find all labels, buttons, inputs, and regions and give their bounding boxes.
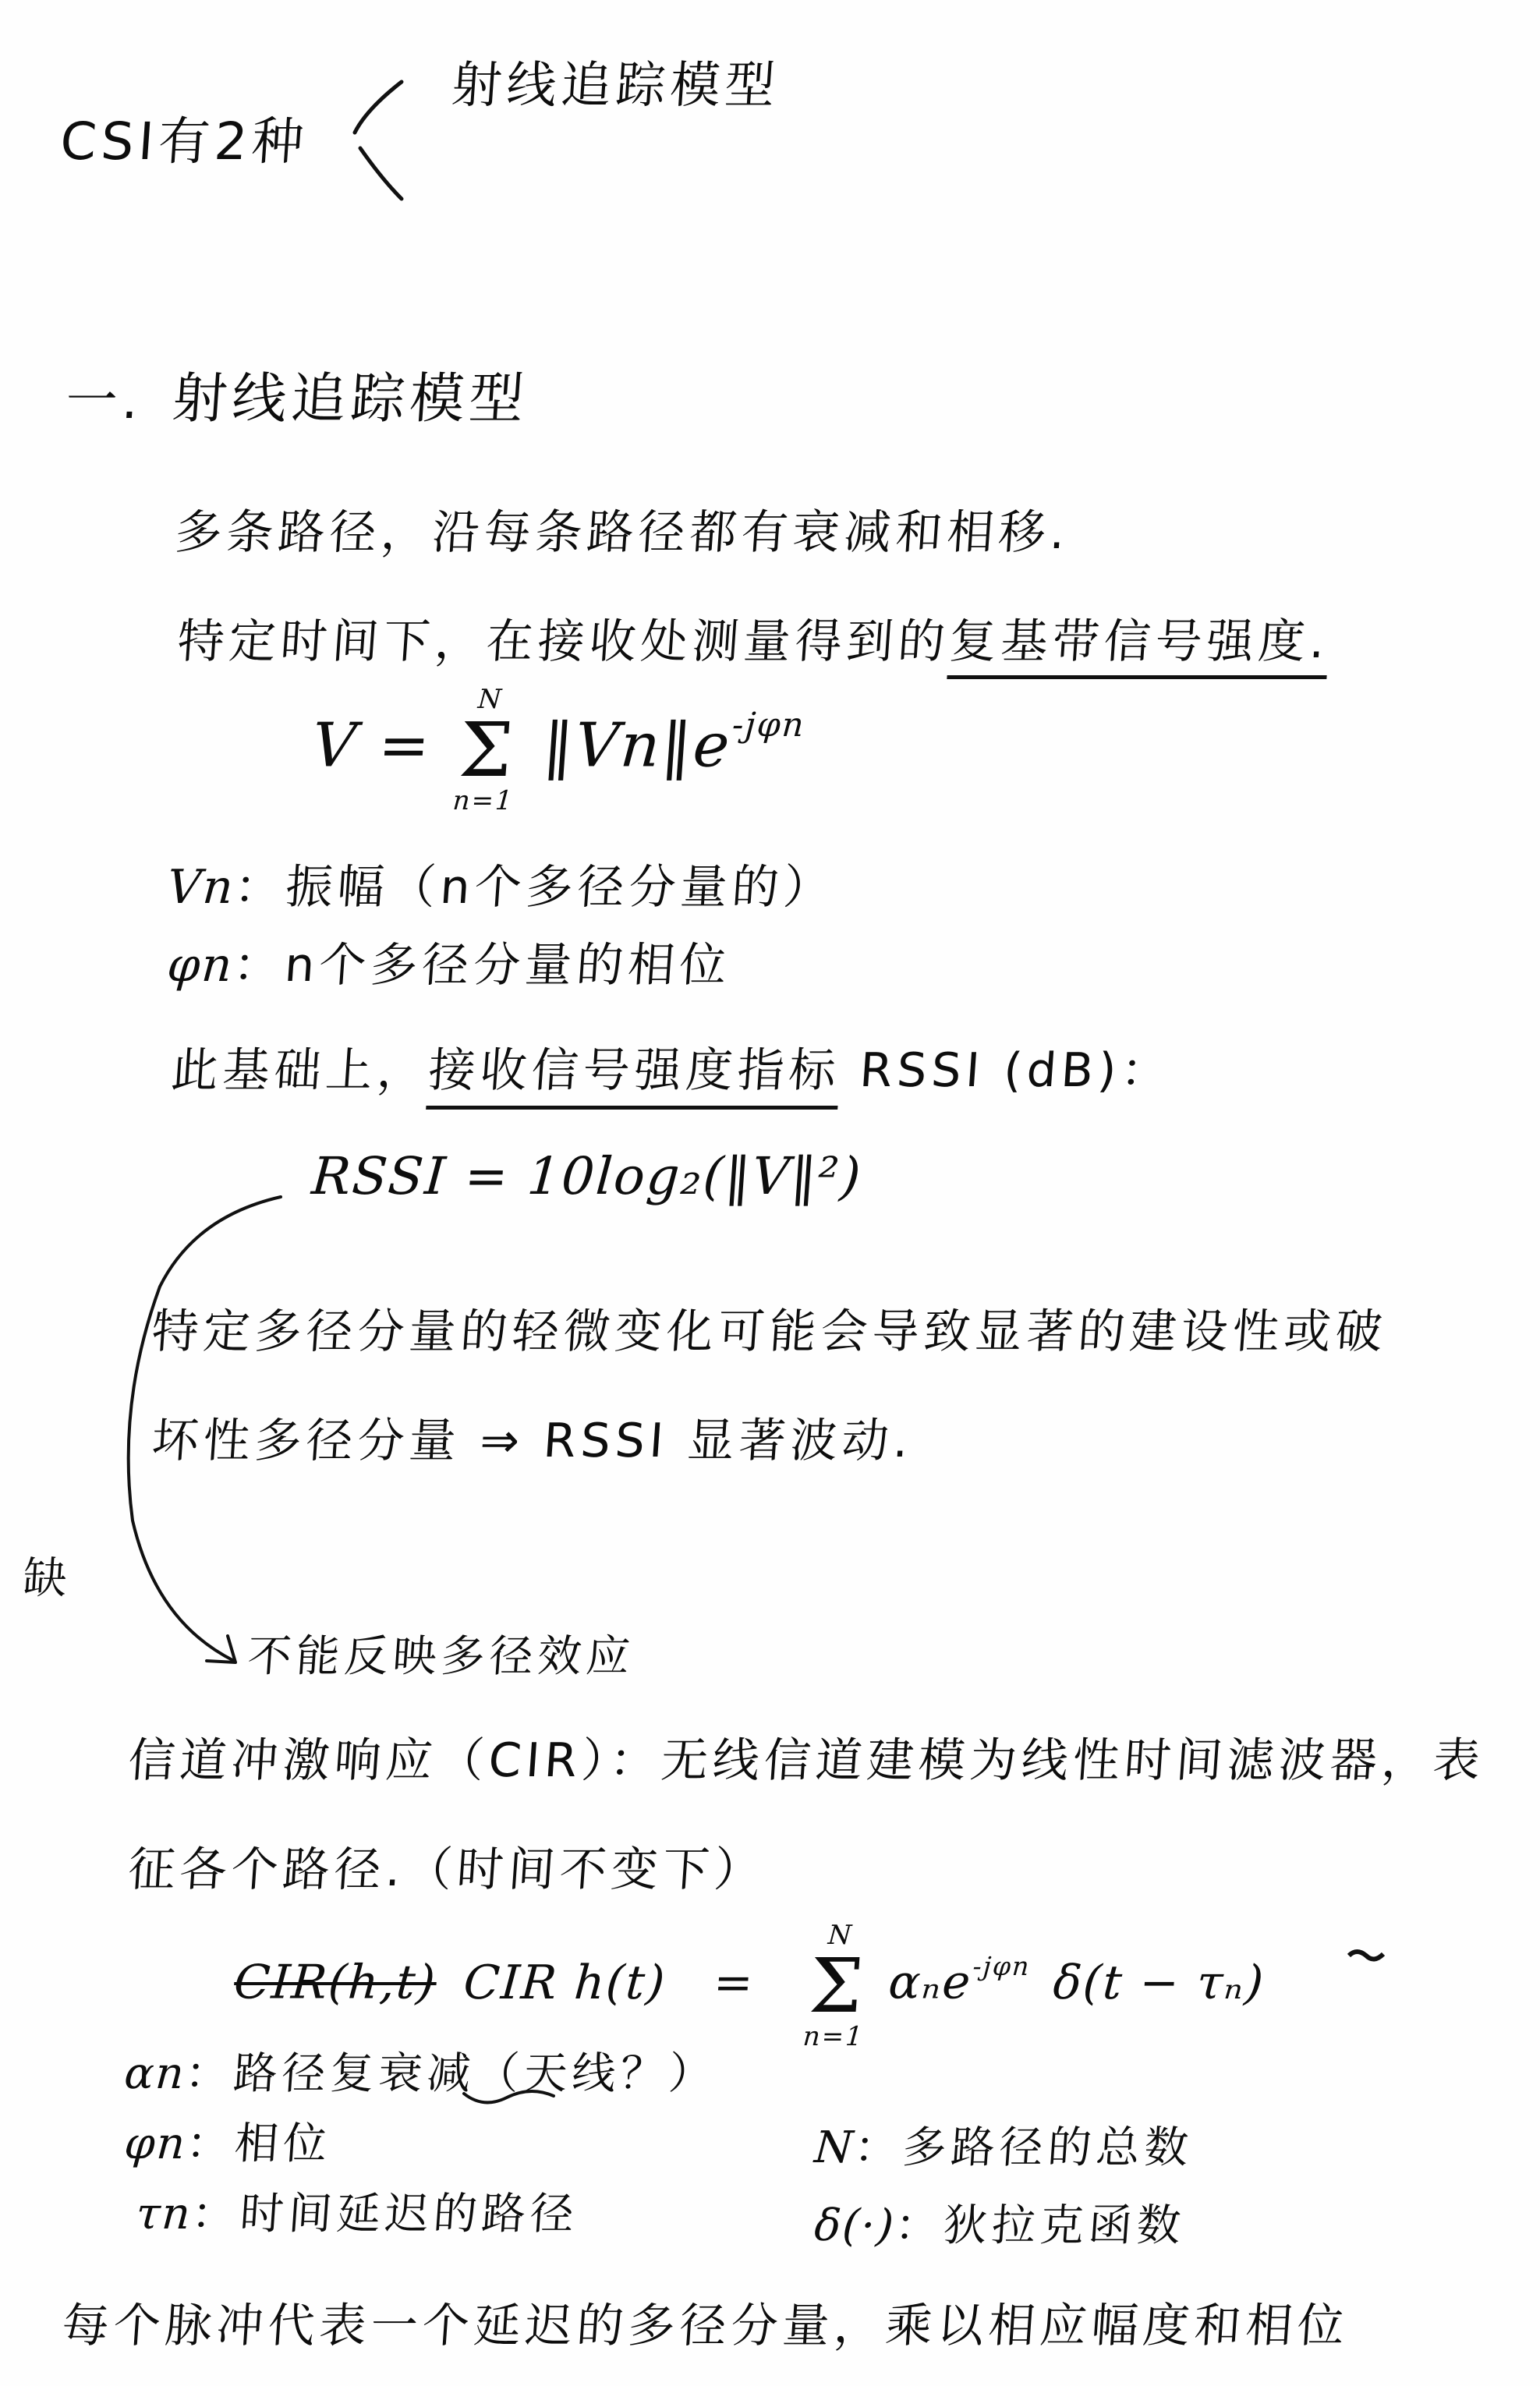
cir-summary: 每个脉冲代表一个延迟的多径分量，乘以相应幅度和相位	[60, 2289, 1351, 2356]
sum-symbol: N Σ n=1	[452, 686, 522, 814]
formula-v-term: ‖Vn‖e	[540, 711, 733, 781]
outline-branch-upper-stroke	[355, 82, 402, 133]
def-n-symbol: N	[812, 2122, 856, 2173]
def-tau-text: ：时间延迟的路径	[189, 2189, 580, 2239]
def-n-total: N：多路径的总数	[812, 2113, 1195, 2175]
formula-v-exponent: -jφn	[731, 706, 806, 745]
def-phi-symbol: φn	[122, 2119, 188, 2169]
def-delta: δ(·)：狄拉克函数	[812, 2191, 1188, 2253]
def-phi-text: ：相位	[185, 2119, 334, 2169]
formula-cir-eq: =	[712, 1956, 756, 2010]
def-phi: φn：相位	[122, 2109, 334, 2172]
formula-cir: CIR(h,t) CIR h(t) = N Σ n=1 αₙe-jφn δ(t …	[229, 1922, 1269, 2050]
text-line-measure-prefix: 特定时间下，在接收处测量得到的	[175, 614, 951, 669]
def-delta-symbol: δ(·)	[812, 2200, 897, 2251]
def-alpha-symbol: αn	[122, 2048, 186, 2099]
def-alpha: αn：路径复衰减（天线？）	[122, 2039, 719, 2101]
def-tau-symbol: τn	[134, 2189, 193, 2239]
sum-lower-limit: n=1	[452, 788, 515, 814]
section-number: 一.	[64, 359, 147, 433]
cir-line2: 征各个路径.（时间不变下）	[126, 1832, 768, 1899]
text-line-multipath: 多条路径，沿每条路径都有衰减和相移.	[173, 495, 1072, 562]
def-n-text: ：多路径的总数	[852, 2122, 1195, 2173]
sum-lower-limit-cir: n=1	[802, 2023, 865, 2050]
rssi-intro: 此基础上，接收信号强度指标 RSSI (dB)：	[169, 1033, 1175, 1100]
def-vn-symbol: Vn	[165, 860, 236, 915]
rssi-note-line1: 特定多径分量的轻微变化可能会导致显著的建设性或破	[150, 1294, 1390, 1361]
cir-line1: 信道冲激响应（CIR）：无线信道建模为线性时间滤波器，表	[126, 1723, 1487, 1790]
def-vn: Vn：振幅（n个多径分量的）	[165, 850, 837, 917]
handwritten-note-page: CSI有2种 射线追踪模型 一. 射线追踪模型 多条路径，沿每条路径都有衰减和相…	[0, 0, 1540, 2386]
def-phin-symbol: φn	[165, 938, 235, 993]
margin-note-drawback: 缺	[21, 1544, 74, 1606]
formula-cir-lhs: CIR h(t)	[462, 1956, 667, 2010]
complex-baseband-strength: 复基带信号强度.	[947, 614, 1331, 679]
formula-v: V = N Σ n=1 ‖Vn‖e-jφn	[307, 686, 808, 814]
outline-branch-ray-tracing: 射线追踪模型	[450, 45, 782, 117]
def-vn-text: ：振幅（n个多径分量的）	[232, 860, 837, 915]
section-title: 射线追踪模型	[170, 355, 531, 434]
formula-cir-rhs: αₙe	[887, 1956, 973, 2010]
formula-cir-delta: δ(t − τₙ)	[1052, 1956, 1267, 2010]
formula-rssi: RSSI = 10log₂(‖V‖²)	[310, 1146, 864, 1206]
rssi-note-line2: 坏性多径分量 ⇒ RSSI 显著波动.	[150, 1404, 915, 1471]
text-line-measure: 特定时间下，在接收处测量得到的复基带信号强度.	[175, 604, 1332, 671]
def-delta-text: ：狄拉克函数	[894, 2200, 1188, 2251]
formula-cir-struck: CIR(h,t)	[232, 1956, 438, 2010]
outline-root: CSI有2种	[58, 100, 311, 174]
arrow-head-icon	[207, 1636, 235, 1662]
sigma-icon: Σ	[807, 1949, 867, 2023]
def-tau: τn：时间延迟的路径	[134, 2179, 581, 2242]
formula-v-lhs: V =	[310, 711, 434, 781]
arrow-target-text: 不能反映多径效应	[246, 1622, 637, 1684]
def-alpha-text: ：路径复衰减（天线？）	[183, 2048, 719, 2099]
outline-branch-lower-stroke	[360, 148, 402, 199]
def-phin-text: ：n个多径分量的相位	[232, 938, 733, 993]
formula-cir-exponent: -jφn	[972, 1951, 1031, 1981]
rssi-intro-prefix: 此基础上，	[169, 1043, 430, 1098]
rssi-intro-suffix: RSSI (dB)：	[838, 1043, 1174, 1098]
sum-symbol-cir: N Σ n=1	[802, 1922, 872, 2050]
def-phin: φn：n个多径分量的相位	[165, 928, 734, 995]
sigma-icon: Σ	[457, 713, 517, 788]
rssi-term: 接收信号强度指标	[426, 1043, 842, 1110]
scribble-mark	[1349, 1952, 1383, 1959]
